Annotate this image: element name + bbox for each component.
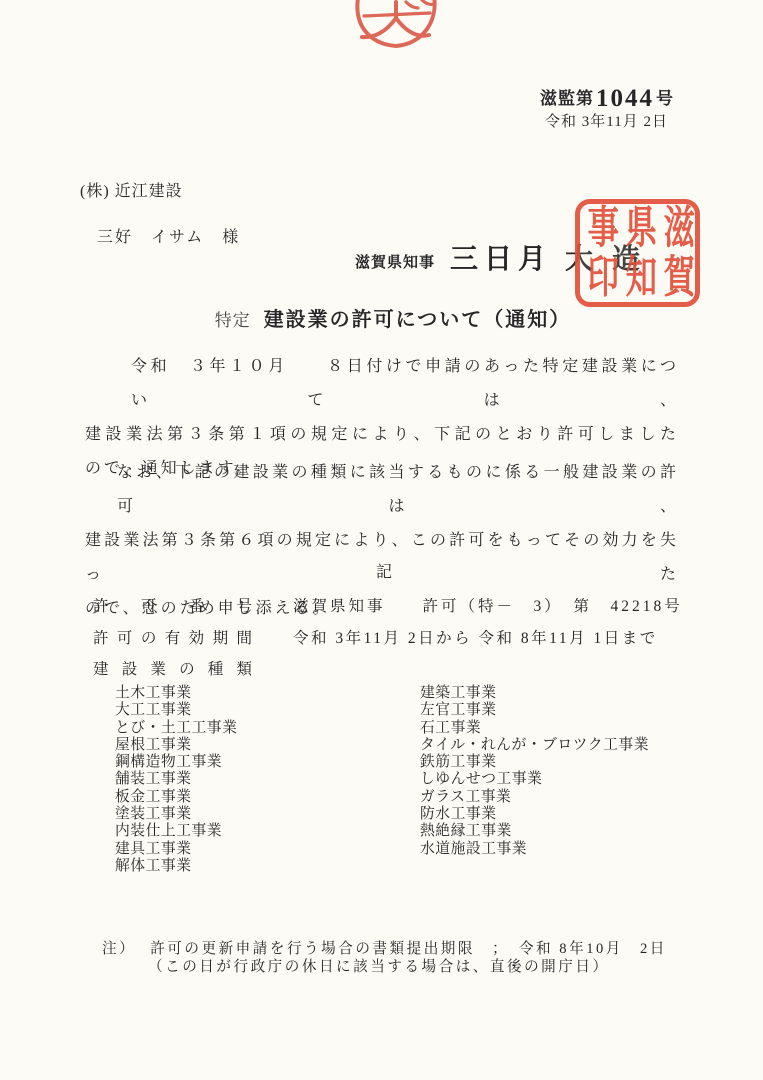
license-type-item: 屋根工事業 (115, 737, 237, 754)
subject-prefix: 特定 (215, 306, 251, 332)
license-type-item: 土木工事業 (115, 685, 237, 702)
recipient-person: 三好 イサム 様 (97, 224, 240, 247)
license-type-item: 大工工事業 (115, 702, 237, 719)
subject-title: 建設業の許可について（通知） (264, 303, 572, 332)
license-type-item: 左官工事業 (420, 702, 649, 719)
license-type-item: ガラス工事業 (420, 789, 649, 806)
issuer-title: 滋賀県知事 (355, 251, 435, 272)
footer-note: 注） 許可の更新申請を行う場合の書類提出期限 ； 令和 8年10月 2日 （この… (102, 941, 667, 976)
note-marker: 注） (102, 941, 136, 959)
license-type-item: 水道施設工事業 (420, 841, 649, 858)
permit-notification-document: 滋監第 1044 号 令和 3年11月 2日 (株) 近江建設 三好 イサム 様… (0, 0, 763, 1080)
note-line-2: （この日が行政庁の休日に該当する場合は、直後の開庁日） (102, 959, 667, 977)
license-type-item: 防水工事業 (420, 806, 649, 823)
detail-value: 令和 3年11月 2日から 令和 8年11月 1日まで (293, 626, 658, 648)
governor-seal-icon: 滋賀 県知 事印 (575, 199, 700, 307)
detail-label: 建設業の種類 (93, 657, 253, 679)
note-line-1: 許可の更新申請を行う場合の書類提出期限 ； 令和 8年10月 2日 (150, 941, 667, 959)
paragraph-line: 建設業法第３条第１項の規定により、下記のとおり許可しました (85, 418, 679, 452)
license-type-item: 熱絶縁工事業 (420, 823, 649, 840)
license-type-item: しゆんせつ工事業 (420, 771, 649, 788)
document-number-prefix: 滋監第 (540, 84, 594, 111)
detail-label: 許可の有効期間 (93, 626, 253, 648)
license-type-item: 舗装工事業 (115, 771, 237, 788)
document-number: 滋監第 1044 号 (540, 84, 673, 111)
seal-column: 事印 (583, 203, 614, 303)
license-type-item: 鋼構造物工事業 (115, 754, 237, 771)
seal-column: 県知 (622, 203, 653, 303)
paragraph-line: 令和 ３年１０月 ８日付けで申請のあった特定建設業については、 (85, 350, 679, 418)
license-type-item: 塗装工事業 (115, 806, 237, 823)
detail-label: 許可番号 (93, 594, 253, 616)
license-type-item: 鉄筋工事業 (420, 754, 649, 771)
paragraph-line: なお、下記の建設業の種類に該当するものに係る一般建設業の許可は、 (85, 456, 679, 524)
license-types-right-column: 建築工事業 左官工事業 石工事業 タイル・れんが・ブロツク工事業 鉄筋工事業 し… (420, 685, 649, 858)
recipient-company: (株) 近江建設 (80, 178, 183, 201)
license-type-item: 建築工事業 (420, 685, 649, 702)
detail-value: 滋賀県知事 許可（特－ 3） 第 42218号 (293, 594, 683, 616)
license-type-item: 内装仕上工事業 (115, 823, 237, 840)
receipt-stamp-icon (350, 0, 442, 50)
license-type-item: 建具工事業 (115, 841, 237, 858)
detail-row-validity-period: 許可の有効期間 令和 3年11月 2日から 令和 8年11月 1日まで (93, 626, 658, 648)
document-number-value: 1044 (596, 86, 654, 111)
seal-column: 滋賀 (660, 203, 691, 303)
license-type-item: 板金工事業 (115, 789, 237, 806)
license-type-item: とび・土工工事業 (115, 720, 237, 737)
license-type-item: 石工事業 (420, 720, 649, 737)
subject-line: 特定 建設業の許可について（通知） (0, 303, 763, 332)
license-type-item: タイル・れんが・ブロツク工事業 (420, 737, 649, 754)
record-marker: 記 (0, 559, 763, 582)
detail-row-license-types: 建設業の種類 (93, 657, 293, 679)
license-type-item: 解体工事業 (115, 858, 237, 875)
document-number-suffix: 号 (656, 84, 673, 111)
license-types-left-column: 土木工事業 大工工事業 とび・土工工事業 屋根工事業 鋼構造物工事業 舗装工事業… (115, 685, 237, 875)
issue-date: 令和 3年11月 2日 (545, 110, 668, 131)
detail-row-permit-number: 許可番号 滋賀県知事 許可（特－ 3） 第 42218号 (93, 594, 683, 616)
